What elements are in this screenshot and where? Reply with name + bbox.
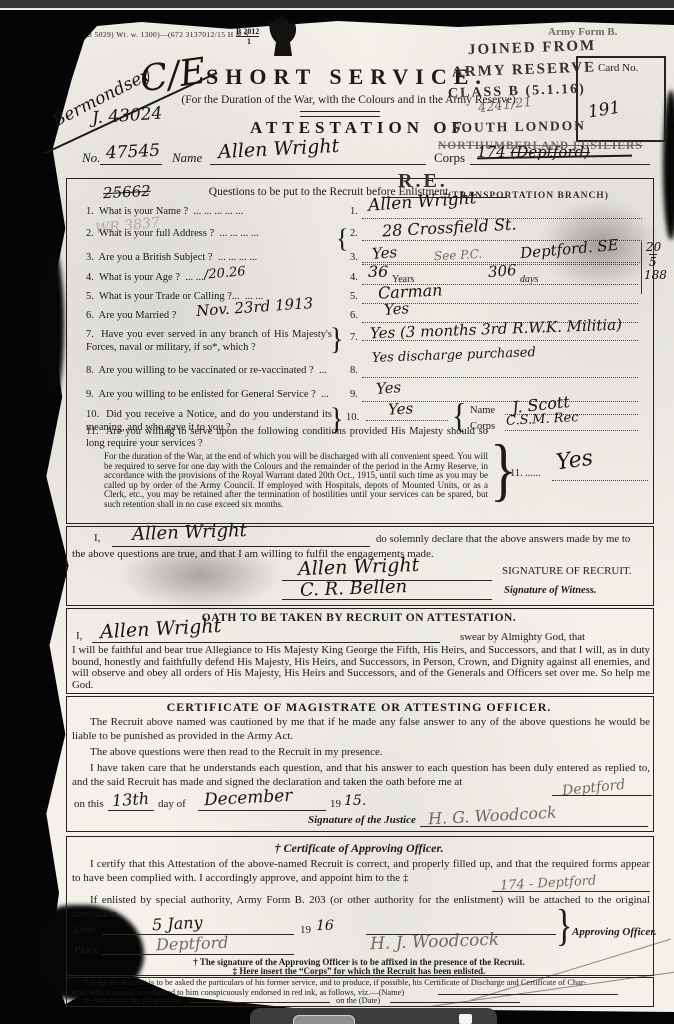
oath-lead: swear by Almighty God, that	[460, 631, 585, 643]
no-label: No.	[82, 150, 100, 166]
answer-3-extra: See P.C.	[434, 247, 483, 264]
dotted-line	[505, 430, 638, 431]
approving-officer-label: Approving Officer.	[572, 926, 657, 938]
date-label: Date	[74, 924, 95, 936]
dotted-line	[552, 480, 648, 481]
approval-year-printed: 19	[300, 924, 311, 936]
form-ref: B 2012	[236, 27, 259, 37]
justice-signature-label: Signature of the Justice	[308, 814, 416, 826]
on-this: on this	[74, 798, 104, 810]
question-6: 6. Are you Married ?	[86, 310, 176, 321]
underline	[492, 891, 650, 892]
fill-line	[438, 994, 618, 995]
margin-note-188: 188	[644, 268, 667, 282]
question-11: 11. Are you willing to serve upon the fo…	[86, 426, 488, 450]
answer-num-9: 9.	[350, 389, 358, 400]
name-label-q10: Name	[470, 405, 495, 416]
year-printed: 19	[330, 798, 341, 810]
approval-date: 5 Jany	[152, 913, 203, 935]
form-ref-sub: 1	[247, 37, 251, 46]
answer-10: Yes	[388, 399, 414, 418]
answer-num-1: 1.	[350, 206, 358, 217]
attestation-heading: ATTESTATION OF	[250, 118, 467, 138]
card-no-label: Card No.	[598, 62, 638, 74]
approval-place: Deptford	[156, 933, 229, 955]
attested-day: 13th	[111, 789, 149, 811]
underline	[210, 164, 426, 165]
footnote-line3a: re-enlisted in the (Regiment)	[84, 996, 181, 1005]
question-3: 3. Are you a British Subject ? ... ... .…	[86, 252, 257, 263]
underline	[552, 795, 652, 796]
answer-4-age: 36	[368, 262, 388, 281]
answer-num-4: 4.	[350, 272, 358, 283]
underline	[470, 164, 650, 165]
magistrate-title: CERTIFICATE OF MAGISTRATE OR ATTESTING O…	[66, 700, 652, 715]
answer-num-11: 11.	[510, 468, 523, 479]
underline	[282, 599, 492, 600]
question-1: 1. What is your Name ? ... ... ... ... .…	[86, 206, 243, 217]
underline	[420, 826, 648, 827]
answer-num-2: 2.	[350, 228, 358, 239]
answer-num-5: 5.	[350, 291, 358, 302]
answer-num-6: 6.	[350, 310, 358, 321]
army-form-label: Army Form B.	[548, 26, 617, 38]
question-2: 2. What is your full Address ? ... ... .…	[86, 228, 259, 239]
question-11-body: For the duration of the War, at the end …	[104, 452, 488, 510]
stamp-south-london: SOUTH LONDON	[452, 118, 586, 136]
approving-title: † Certificate of Approving Officer.	[66, 841, 652, 856]
underline	[102, 954, 294, 955]
brace-right: }	[330, 322, 343, 357]
answer-5: Carman	[378, 280, 443, 302]
underline	[108, 810, 154, 811]
question-7: 7. Have you ever served in any branch of…	[86, 328, 332, 354]
witness-signature: C. R. Bellen	[300, 576, 408, 601]
stamp-re: R.E.	[398, 170, 448, 193]
question-8: 8. Are you willing to be vaccinated or r…	[86, 365, 327, 376]
witness-signature-label: Signature of Witness.	[504, 585, 597, 596]
royal-crest-icon	[266, 12, 300, 58]
underline	[112, 546, 370, 547]
question-4: 4. What is your Age ? ... ...	[86, 272, 204, 283]
form-title: SHORT SERVICE.	[206, 64, 488, 90]
fill-line	[390, 1002, 520, 1003]
name-label: Name	[172, 150, 202, 166]
answer-num-3: 3.	[350, 252, 358, 263]
margin-note-20: 20	[646, 240, 661, 254]
strike-line	[382, 197, 507, 198]
brace-left: {	[336, 224, 348, 254]
oath-body: I will be faithful and bear true Allegia…	[72, 645, 650, 691]
margin-note-5: 5	[649, 254, 657, 269]
leader: ......	[525, 468, 541, 479]
dotted-line	[362, 377, 638, 378]
double-rule	[300, 111, 380, 117]
answer-3: Yes	[371, 243, 397, 263]
document-viewer: (B 5029) Wt. w. 1300)—(672 3137012/15 H …	[0, 0, 674, 1024]
approving-footnote-2: ‡ Here insert the “Corps” for which the …	[66, 966, 652, 976]
dotted-line	[366, 420, 448, 421]
answer-6: Yes	[383, 299, 409, 319]
stop-icon[interactable]	[459, 1014, 472, 1024]
magistrate-para1: The Recruit above named was cautioned by…	[72, 716, 650, 743]
declaration-i: I,	[94, 532, 100, 544]
day-of: day of	[158, 798, 186, 810]
service-number: 47545	[106, 141, 161, 164]
answer-11: Yes	[554, 446, 594, 476]
answer-4-days: 306	[487, 261, 517, 281]
answer-num-7: 7.	[350, 332, 358, 343]
answer-9: Yes	[375, 378, 401, 398]
question-9: 9. Are you willing to be enlisted for Ge…	[86, 389, 329, 400]
dotted-line	[362, 340, 638, 341]
underline	[198, 810, 326, 811]
corps-label: Corps	[434, 150, 465, 166]
footnote-line3b: on the (Date)	[336, 996, 380, 1005]
oath-i: I,	[76, 630, 82, 642]
viewer-top-bar	[0, 0, 674, 10]
place-label: Place	[74, 944, 99, 956]
struck-number: 25662	[103, 182, 152, 202]
declaration-text1: do solemnly declare that the above answe…	[376, 533, 630, 545]
footnote-line1: * If so, the Recruit is to be asked the …	[70, 979, 650, 988]
approval-year: 16	[316, 918, 334, 934]
answer-num-8: 8.	[350, 365, 358, 376]
fill-line	[190, 1002, 330, 1003]
attested-year: 15.	[344, 793, 366, 809]
answer-num-10: 10.	[346, 412, 359, 423]
underline	[92, 642, 440, 643]
brace-right: }	[556, 902, 572, 951]
underline	[100, 164, 162, 165]
recruit-signature-label: SIGNATURE OF RECRUIT.	[502, 565, 632, 577]
margin-rule	[641, 242, 642, 294]
magistrate-para2: The above questions were then read to th…	[72, 746, 383, 758]
declaration-name: Allen Wright	[132, 520, 248, 545]
torn-edge-blot	[36, 240, 64, 410]
print-code: (B 5029) Wt. w. 1300)—(672 3137012/15 H …	[84, 30, 249, 39]
toolbar-button[interactable]	[293, 1015, 355, 1024]
